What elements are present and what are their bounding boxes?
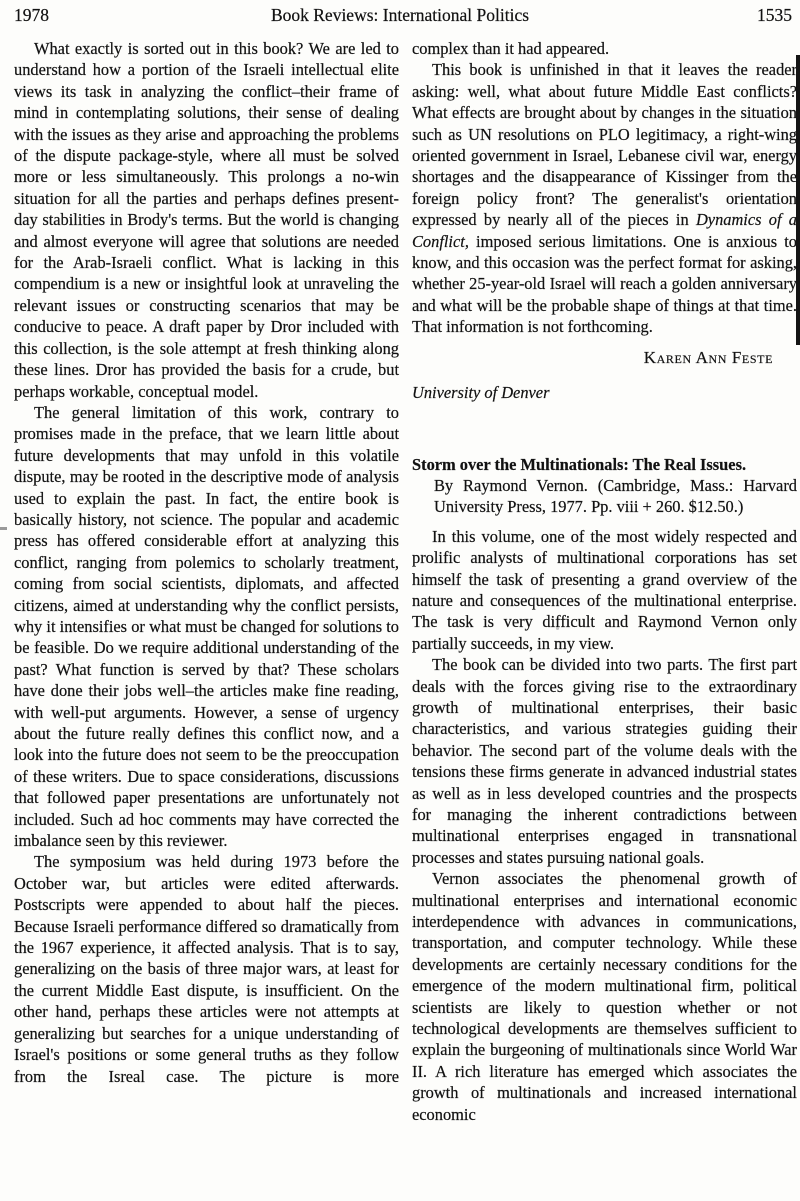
two-column-body: What exactly is sorted out in this book?… [14, 38, 797, 1125]
journal-page: 1978 Book Reviews: International Politic… [0, 0, 800, 1201]
scan-speck-artifact [556, 627, 559, 630]
second-review-heading: Storm over the Multinationals: The Real … [412, 454, 797, 518]
header-year: 1978 [14, 2, 49, 28]
paragraph-text: imposed serious limitations. One is anxi… [412, 232, 797, 337]
reviewed-book-title: Storm over the Multinationals: The Real … [412, 454, 797, 475]
body-paragraph: What exactly is sorted out in this book?… [14, 38, 399, 402]
continuation-paragraph: complex than it had appeared. [412, 38, 797, 59]
page-header: 1978 Book Reviews: International Politic… [0, 2, 800, 30]
body-paragraph: In this volume, one of the most widely r… [412, 526, 797, 654]
header-running-title: Book Reviews: International Politics [0, 2, 800, 28]
scan-mark-artifact [0, 527, 7, 530]
paragraph-text: This book is unfinished in that it leave… [412, 60, 797, 229]
reviewed-book-citation: By Raymond Vernon. (Cambridge, Mass.: Ha… [412, 475, 797, 518]
body-paragraph: Vernon associates the phenomenal growth … [412, 868, 797, 1125]
reviewer-affiliation: University of Denver [412, 382, 797, 403]
body-paragraph: This book is unfinished in that it leave… [412, 59, 797, 337]
right-column: complex than it had appeared. This book … [412, 38, 797, 1125]
body-paragraph: The book can be divided into two parts. … [412, 654, 797, 868]
scan-edge-artifact [796, 55, 800, 345]
body-paragraph: The general limitation of this work, con… [14, 402, 399, 852]
header-page-number: 1535 [757, 2, 792, 28]
left-column: What exactly is sorted out in this book?… [14, 38, 399, 1125]
reviewer-name: Karen Ann Feste [412, 347, 797, 368]
body-paragraph: The symposium was held during 1973 befor… [14, 851, 399, 1086]
